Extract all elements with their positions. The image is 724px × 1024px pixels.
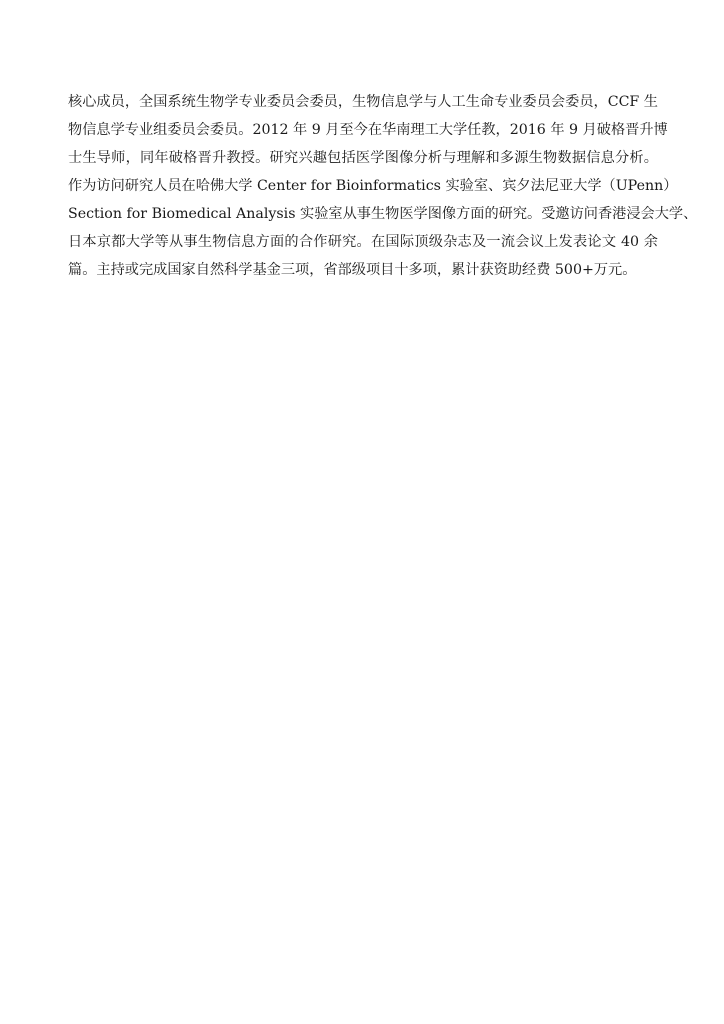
document-page: 核心成员，全国系统生物学专业委员会委员，生物信息学与人工生命专业委员会委员，CC… [0, 0, 724, 1024]
paragraph-line-4: 作为访问研究人员在哈佛大学 Center for Bioinformatics … [68, 172, 658, 200]
paragraph-line-2: 物信息学专业组委员会委员。2012 年 9 月至今在华南理工大学任教，2016 … [68, 116, 658, 144]
paragraph-line-1: 核心成员，全国系统生物学专业委员会委员，生物信息学与人工生命专业委员会委员，CC… [68, 88, 658, 116]
paragraph-line-3: 士生导师，同年破格晋升教授。研究兴趣包括医学图像分析与理解和多源生物数据信息分析… [68, 144, 658, 172]
paragraph-line-6: 日本京都大学等从事生物信息方面的合作研究。在国际顶级杂志及一流会议上发表论文 4… [68, 228, 658, 256]
paragraph-line-7: 篇。主持或完成国家自然科学基金三项，省部级项目十多项，累计获资助经费 500+万… [68, 256, 658, 284]
paragraph-line-5: Section for Biomedical Analysis 实验室从事生物医… [68, 200, 658, 228]
biography-paragraph: 核心成员，全国系统生物学专业委员会委员，生物信息学与人工生命专业委员会委员，CC… [68, 88, 658, 284]
